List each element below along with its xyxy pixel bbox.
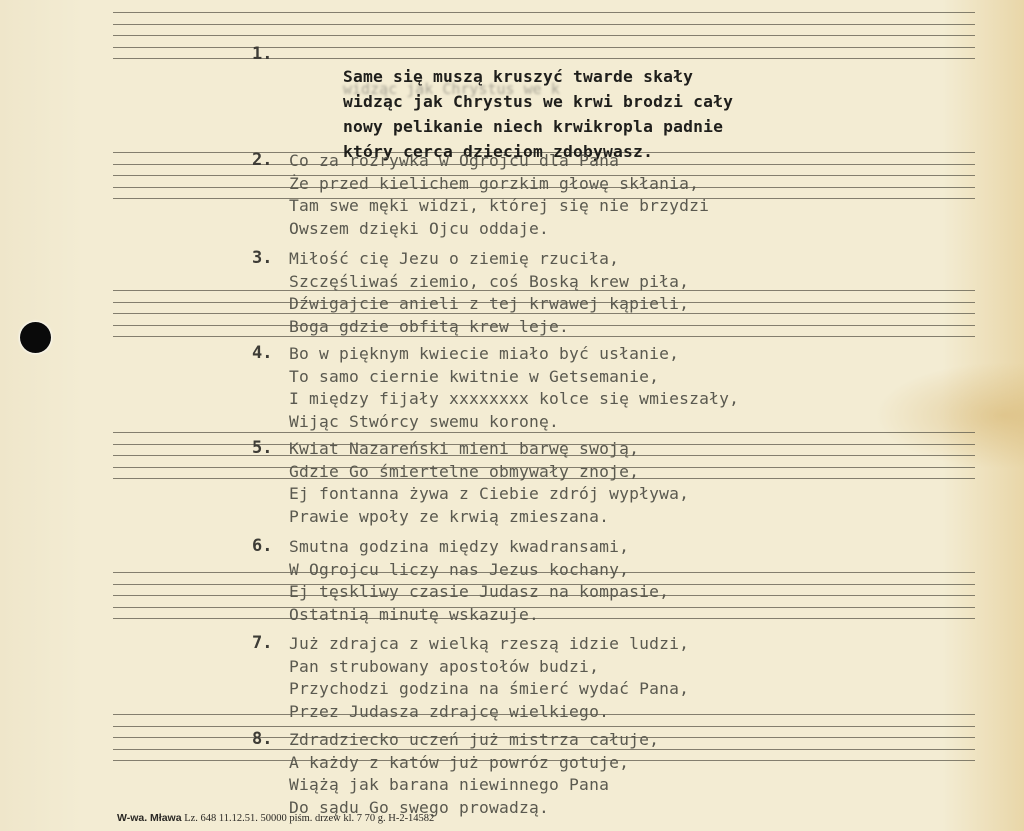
staff-line [113,35,975,36]
verse-line: Prawie wpoły ze krwią zmieszana. [289,506,689,529]
verse-line: Bo w pięknym kwiecie miało być usłanie, [289,343,739,366]
verse-line: Miłość cię Jezu o ziemię rzuciła, [289,248,689,271]
verse-line: Wijąc Stwórcy swemu koronę. [289,411,739,434]
verse-line: Pan strubowany apostołów budzi, [289,656,689,679]
verse-line: nowy pelikanie niech krwikropla padnie [343,114,733,139]
verse-line: Kwiat Nazareński mieni barwę swoją, [289,438,689,461]
staff-line [113,58,975,59]
verse-line: Ej fontanna żywa z Ciebie zdrój wypływa, [289,483,689,506]
verse-line: widząc jak Chrystus we krwi brodzi cały [343,89,733,114]
verse-line: Przez Judasza zdrajcę wielkiego. [289,701,689,724]
stanza-number: 6. [252,536,272,556]
stanza-number: 8. [252,729,272,749]
verse-line: Już zdrajca z wielką rzeszą idzie ludzi, [289,633,689,656]
verse-line: W Ogrojcu liczy nas Jezus kochany, [289,559,669,582]
verse-line: Co za rozrywka w Ogrojcu dla Pana [289,150,709,173]
verse-line: Tam swe męki widzi, której się nie brzyd… [289,195,709,218]
verse-line: Same się muszą kruszyć twarde skały [343,64,733,89]
verse-line: Że przed kielichem gorzkim głowę skłania… [289,173,709,196]
verse-line: Ej tęskliwy czasie Judasz na kompasie, [289,581,669,604]
verse-line: Zdradziecko uczeń już mistrza całuje, [289,729,659,752]
verse-line: Gdzie Go śmiertelne obmywały znoje, [289,461,689,484]
verse-line: I między fijały xxxxxxxx kolce się wmies… [289,388,739,411]
verse-line: To samo ciernie kwitnie w Getsemanie, [289,366,739,389]
document-page: widząc jak Chrystus we k 1. Same się mus… [0,0,1024,831]
verse-line: Dźwigajcie anieli z tej krwawej kąpieli, [289,293,689,316]
printer-details: Lz. 648 11.12.51. 50000 piśm. drzew kl. … [182,813,435,824]
stanza-number: 3. [252,248,272,268]
stanza-number: 4. [252,343,272,363]
stanza-number: 1. [252,44,272,64]
verse-line: Przychodzi godzina na śmierć wydać Pana, [289,678,689,701]
staff-line [113,47,975,48]
verse-line: Wiążą jak barana niewinnego Pana [289,774,659,797]
verse-line: A każdy z katów już powróz gotuje, [289,752,659,775]
verse-line: Owszem dzięki Ojcu oddaje. [289,218,709,241]
staff-line [113,726,975,727]
staff-line [113,24,975,25]
stanza-number: 7. [252,633,272,653]
stanza-number: 5. [252,438,272,458]
verse-line: Szczęśliwaś ziemio, coś Boską krew piła, [289,271,689,294]
stanza-number: 2. [252,150,272,170]
verse-line: Ostatnią minutę wskazuje. [289,604,669,627]
verse-line: Boga gdzie obfitą krew leje. [289,316,689,339]
verse-line: Smutna godzina między kwadransami, [289,536,669,559]
staff-line [113,12,975,13]
printer-imprint: W-wa. Mława Lz. 648 11.12.51. 50000 piśm… [117,812,434,824]
printer-name: W-wa. Mława [117,812,182,824]
hole-punch [20,322,51,353]
